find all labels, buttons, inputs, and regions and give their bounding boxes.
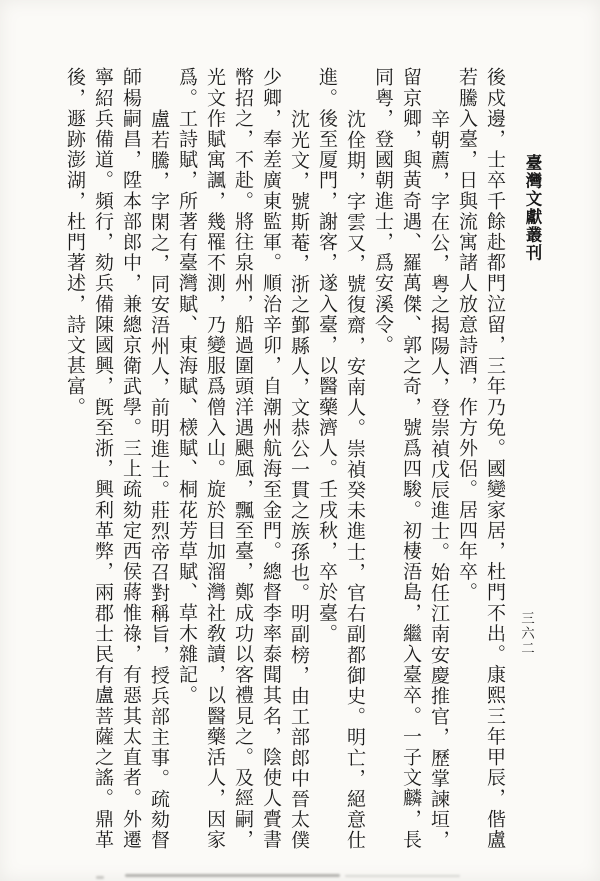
text-column-entry-start: 沈佺期，字雲又，號復齋，安南人。崇禎癸未進士，官右副都御史。明亡，絕意仕 xyxy=(340,67,368,863)
text-column: 師楊嗣昌，陞本部郎中，兼總京衛武學。三上疏劾定西侯蔣惟祿，有惡其太直者。外遷 xyxy=(116,67,144,863)
scan-smudge xyxy=(96,876,104,879)
text-column: 後，遯跡澎湖，杜門著述，詩文甚富。 xyxy=(60,67,88,863)
text-column: 留京卿，與黃奇遇、羅萬傑、郭之奇，號爲四駿。初棲浯島，繼入臺卒。一子文麟，長 xyxy=(396,67,424,863)
text-column: 同粤，登國朝進士，爲安溪令。 xyxy=(368,67,396,863)
text-column: 光文作賦寓諷，幾罹不測，乃變服爲僧入山。旋於目加溜灣社敎讀，以醫藥活人，因家 xyxy=(200,67,228,863)
text-column: 後戍邊，士卒千餘赴都門泣留，三年乃免。國變家居，杜門不出。康熙三年甲辰，偕盧 xyxy=(480,67,508,863)
text-column: 若騰入臺，日與流寓諸人放意詩酒，作方外侶。居四年卒。 xyxy=(452,67,480,863)
text-column-entry-start: 沈光文，號斯菴，浙之鄞縣人，文恭公一貫之族孫也。明副榜，由工部郎中晉太僕 xyxy=(284,67,312,863)
running-head-series-title: 臺灣文獻叢刊 xyxy=(520,154,544,262)
text-column: 幣招之，不赴。將往泉州，船過圍頭洋遇颶風，飄至臺，鄭成功以客禮見之。及經嗣， xyxy=(228,67,256,863)
text-column-entry-start: 辛朝薦，字在公，粤之揭陽人，登崇禎戊辰進士。始任江南安慶推官，歷掌諫垣， xyxy=(424,67,452,863)
scan-smudge xyxy=(125,874,340,877)
scan-smudge xyxy=(345,875,460,877)
text-column: 寧紹兵備道。頻行，劾兵備陳國興，旣至浙，興利革弊，兩郡士民有盧菩薩之謠。鼎革 xyxy=(88,67,116,863)
body-text-block: 後戍邊，士卒千餘赴都門泣留，三年乃免。國變家居，杜門不出。康熙三年甲辰，偕盧 若… xyxy=(60,67,508,863)
page-number: 三六二 xyxy=(516,611,536,656)
text-column: 少卿，奉差廣東監軍。順治辛卯，自潮州航海至金門。總督李率泰聞其名，陰使人賷書 xyxy=(256,67,284,863)
scanned-book-page: 臺灣文獻叢刊 三六二 後戍邊，士卒千餘赴都門泣留，三年乃免。國變家居，杜門不出。… xyxy=(0,0,600,881)
text-column: 爲。工詩賦，所著有臺灣賦、東海賦、檨賦、桐花芳草賦、草木雜記。 xyxy=(172,67,200,863)
text-column: 進。後至厦門，謝客，遂入臺，以醫藥濟人。壬戌秋，卒於臺。 xyxy=(312,67,340,863)
text-column-entry-start: 盧若騰，字閑之，同安浯州人，前明進士。莊烈帝召對稱旨，授兵部主事。疏劾督 xyxy=(144,67,172,863)
